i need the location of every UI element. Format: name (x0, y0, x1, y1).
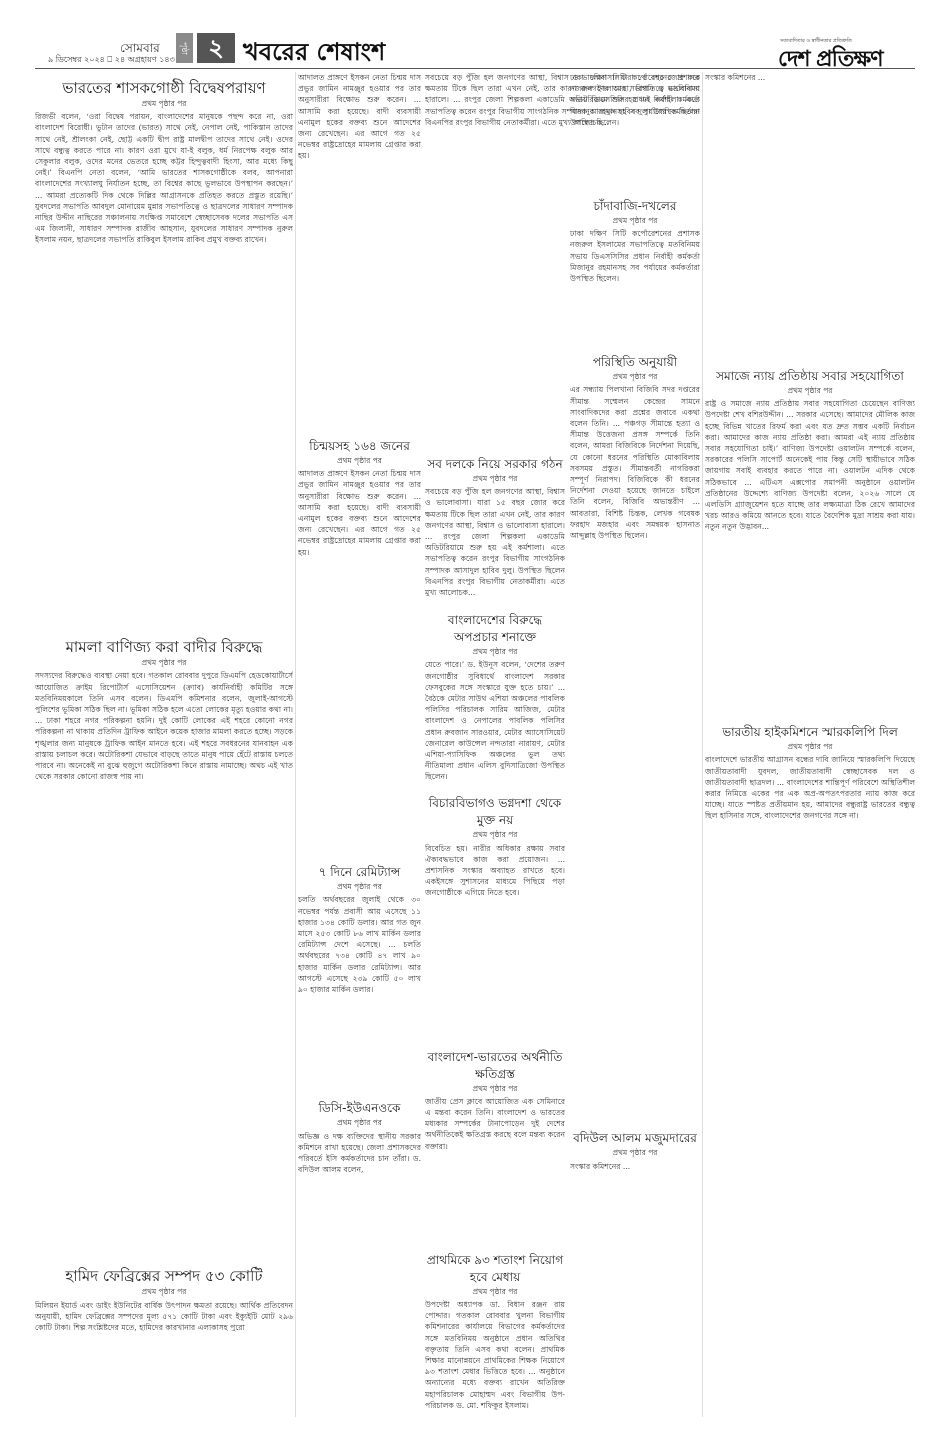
article-body: সদস্যদের বিরুদ্ধেও ব্যবস্থা নেয়া হবে। গ… (35, 670, 293, 1260)
article-headline: ভারতের শাসকগোষ্ঠী বিদ্বেষপরায়ণ (35, 78, 293, 98)
article: মামলা বাণিজ্য করা বাদীর বিরুদ্ধে প্রথম প… (35, 637, 293, 1260)
article-body: আদালত প্রাঙ্গণে ইসকন নেতা চিন্ময় দাস প্… (298, 72, 421, 432)
continued-label: প্রথম পৃষ্ঠার পর (570, 371, 700, 382)
continued-label: প্রথম পৃষ্ঠার পর (570, 1147, 700, 1158)
masthead: সোমবার ৯ ডিসেম্বর ২০২৪ ⎕ ২৪ অগ্রহায়ণ ১৪… (0, 0, 945, 60)
column-divider (295, 72, 296, 1417)
continued-label: প্রথম পৃষ্ঠার পর (425, 1083, 565, 1094)
continued-label: প্রথম পৃষ্ঠার পর (705, 741, 915, 752)
continued-label: প্রথম পৃষ্ঠার পর (425, 1286, 565, 1297)
article-headline: ডিসি-ইউএনওকে (298, 1100, 421, 1117)
article-headline: চিন্ময়সহ ১৬৪ জনের (298, 438, 421, 455)
article-body: চলতি অর্থবছরের জুলাই থেকে ৩০ নভেম্বর পর্… (298, 894, 421, 1094)
column-5: সংস্কার কমিশনের ... সমাজে ন্যায় প্রতিষ্… (705, 72, 915, 1422)
article-headline: চাঁদাবাজি-দখলের (570, 198, 700, 215)
article-body: যেতে পারে।’ ড. ইউনূস বলেন, ‘দেশের তরুণ জ… (425, 659, 565, 789)
continued-label: প্রথম পৃষ্ঠার পর (298, 1117, 421, 1128)
column-4: ঢাকা দক্ষিণ সিটি কর্পোরেশনের প্রশাসক নজর… (570, 72, 700, 1452)
article-headline: বাংলাদেশ-ভারতের অর্থনীতি ক্ষতিগ্রস্ত (425, 1049, 565, 1083)
article-body: এর সন্ধ্যায় পিলখানা বিজিবি সদর দপ্তরের … (570, 384, 700, 1124)
article-headline: বাংলাদেশের বিরুদ্ধে অপপ্রচার শনাক্তে (425, 612, 565, 646)
article-body: উপদেষ্টা অধ্যাপক ডা. বিধান রঞ্জন রায় পো… (425, 1299, 565, 1411)
column-1: ভারতের শাসকগোষ্ঠী বিদ্বেষপরায়ণ প্রথম পৃ… (35, 72, 293, 1422)
article-body: ঢাকা দক্ষিণ সিটি কর্পোরেশনের প্রশাসক নজর… (570, 228, 700, 348)
article-body: রাষ্ট্র ও সমাজে ন্যায় প্রতিষ্ঠায় সবার … (705, 398, 915, 718)
continued-label: প্রথম পৃষ্ঠার পর (298, 455, 421, 466)
continued-label: প্রথম পৃষ্ঠার পর (705, 385, 915, 396)
page-number: ২ (197, 33, 235, 63)
article-body: বিবেচিত হয়। নারীর অধিকার রক্ষায় সবার ঐ… (425, 843, 565, 1043)
continued-label: প্রথম পৃষ্ঠার পর (570, 215, 700, 226)
column-3: সব দলকে নিয়ে সরকার গঠন প্রথম পৃষ্ঠার পর… (425, 450, 565, 1450)
article-body: সবচেয়ে বড় পুঁজি হল জনগণের আস্থা, বিশ্ব… (425, 486, 565, 606)
article-headline: ভারতীয় হাইকমিশনে স্মারকলিপি দিল (705, 724, 915, 741)
continued-label: প্রথম পৃষ্ঠার পর (35, 1286, 293, 1297)
article-headline: প্রাথমিকে ৯৩ শতাংশ নিয়োগ হবে মেধায় (425, 1252, 565, 1286)
article-body: রিজভী বলেন, ‘ওরা বিদ্বেষ পরায়ন, বাংলাদে… (35, 111, 293, 631)
article-headline: হামিদ ফেব্রিক্সের সম্পদ ৫৩ কোটি (35, 1266, 293, 1286)
page-label: পৃষ্ঠা (176, 33, 193, 63)
continued-label: প্রথম পৃষ্ঠার পর (425, 829, 565, 840)
article: হামিদ ফেব্রিক্সের সম্পদ ৫৩ কোটি প্রথম পৃ… (35, 1266, 293, 1333)
article-body: জাতীয় প্রেস ক্লাবে আয়োজিত এক সেমিনারে … (425, 1096, 565, 1246)
article-headline: ৭ দিনে রেমিট্যান্স (298, 864, 421, 881)
article-body: সংস্কার কমিশনের ... (705, 72, 915, 362)
article: ভারতের শাসকগোষ্ঠী বিদ্বেষপরায়ণ প্রথম পৃ… (35, 78, 293, 631)
article-headline: পরিস্থিতি অনুযায়ী (570, 354, 700, 371)
article-body: ঢাকা দক্ষিণ সিটি কর্পোরেশনের প্রশাসক নজর… (570, 72, 700, 192)
article-body: মিলিয়ন ইয়ার্ড এবং ডাইং ইউনিটের বার্ষিক… (35, 1300, 293, 1334)
column-2: আদালত প্রাঙ্গণে ইসকন নেতা চিন্ময় দাস প্… (298, 72, 421, 1422)
article-body: অভিজ্ঞ ও দক্ষ ব্যক্তিদের স্থানীয় সরকার … (298, 1131, 421, 1176)
column-divider (702, 72, 703, 1417)
article-headline: বদিউল আলম মজুমদারের (570, 1130, 700, 1147)
article-body: বাংলাদেশে ভারতীয় আগ্রাসন বন্ধের দাবি জা… (705, 754, 915, 821)
article-body: আদালত প্রাঙ্গণে ইসকন নেতা চিন্ময় দাস প্… (298, 468, 421, 858)
continued-label: প্রথম পৃষ্ঠার পর (298, 881, 421, 892)
continued-label: প্রথম পৃষ্ঠার পর (35, 98, 293, 109)
continued-label: প্রথম পৃষ্ঠার পর (425, 473, 565, 484)
article-body: সংস্কার কমিশনের ... (570, 1161, 700, 1172)
article-headline: সমাজে ন্যায় প্রতিষ্ঠায় সবার সহযোগিতা (705, 368, 915, 385)
continued-label: প্রথম পৃষ্ঠার পর (35, 657, 293, 668)
article-headline: সব দলকে নিয়ে সরকার গঠন (425, 456, 565, 473)
header-rule (35, 68, 915, 69)
continued-label: প্রথম পৃষ্ঠার পর (425, 646, 565, 657)
issue-date: ৯ ডিসেম্বর ২০২৪ ⎕ ২৪ অগ্রহায়ণ ১৪৩১ (48, 54, 180, 67)
article-headline: বিচারবিভাগও ভগ্নদশা থেকে মুক্ত নয় (425, 795, 565, 829)
article-headline: মামলা বাণিজ্য করা বাদীর বিরুদ্ধে (35, 637, 293, 657)
